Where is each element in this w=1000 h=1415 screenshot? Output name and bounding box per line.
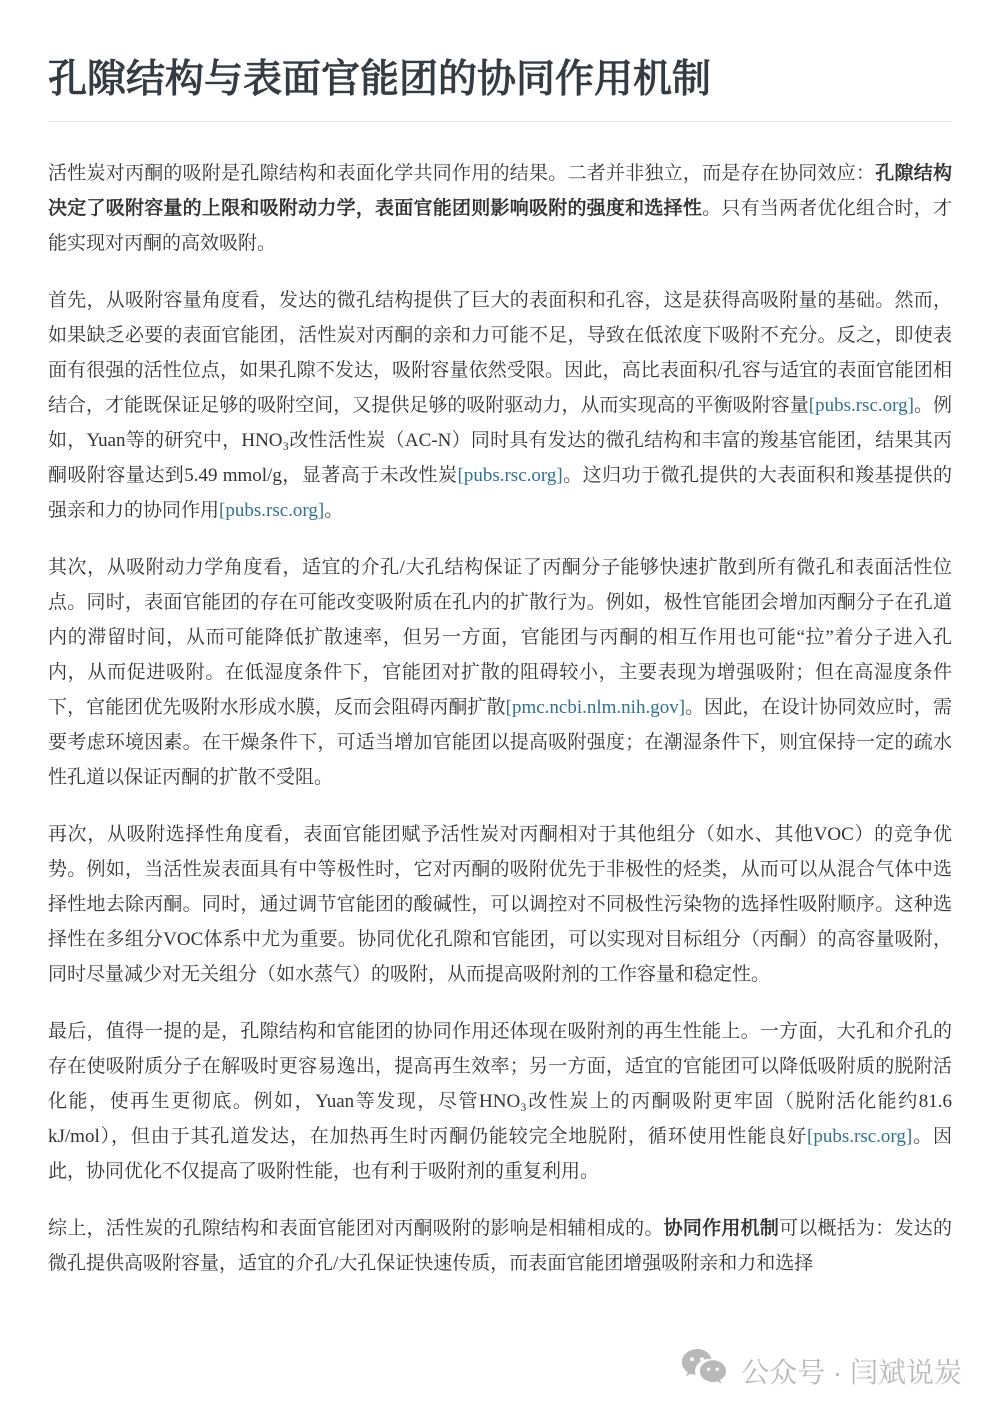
paragraph-capacity: 首先，从吸附容量角度看，发达的微孔结构提供了巨大的表面积和孔容，这是获得高吸附量… [48, 283, 952, 528]
paragraph-kinetics: 其次，从吸附动力学角度看，适宜的介孔/大孔结构保证了丙酮分子能够快速扩散到所有微… [48, 550, 952, 795]
wechat-icon [679, 1346, 729, 1395]
page-title: 孔隙结构与表面官能团的协同作用机制 [48, 56, 952, 105]
citation-link[interactable]: [pubs.rsc.org] [458, 465, 563, 486]
title-divider [48, 121, 952, 122]
paragraph-selectivity: 再次，从吸附选择性角度看，表面官能团赋予活性炭对丙酮相对于其他组分（如水、其他V… [48, 817, 952, 992]
text-run: 。 [324, 500, 343, 521]
document-page: { "article": { "title": "孔隙结构与表面官能团的协同作用… [0, 0, 1000, 1415]
text-run: 其次，从吸附动力学角度看，适宜的介孔/大孔结构保证了丙酮分子能够快速扩散到所有微… [48, 557, 952, 718]
emphasis-text: 协同作用机制 [664, 1218, 779, 1239]
paragraph-summary: 综上，活性炭的孔隙结构和表面官能团对丙酮吸附的影响是相辅相成的。协同作用机制可以… [48, 1211, 952, 1281]
citation-link[interactable]: [pubs.rsc.org] [809, 395, 914, 416]
paragraph-intro: 活性炭对丙酮的吸附是孔隙结构和表面化学共同作用的结果。二者并非独立，而是存在协同… [48, 156, 952, 261]
watermark: 公众号 · 闫斌说炭 [679, 1346, 962, 1395]
citation-link[interactable]: [pmc.ncbi.nlm.nih.gov] [506, 697, 685, 718]
text-run: 综上，活性炭的孔隙结构和表面官能团对丙酮吸附的影响是相辅相成的。 [48, 1218, 664, 1239]
citation-link[interactable]: [pubs.rsc.org] [219, 500, 324, 521]
article: 孔隙结构与表面官能团的协同作用机制 活性炭对丙酮的吸附是孔隙结构和表面化学共同作… [0, 0, 1000, 1281]
text-run: 活性炭对丙酮的吸附是孔隙结构和表面化学共同作用的结果。二者并非独立，而是存在协同… [48, 163, 875, 184]
watermark-label: 公众号 · 闫斌说炭 [741, 1351, 962, 1391]
paragraph-regeneration: 最后，值得一提的是，孔隙结构和官能团的协同作用还体现在吸附剂的再生性能上。一方面… [48, 1014, 952, 1189]
citation-link[interactable]: [pubs.rsc.org] [807, 1126, 912, 1147]
text-run: 再次，从吸附选择性角度看，表面官能团赋予活性炭对丙酮相对于其他组分（如水、其他V… [48, 824, 952, 985]
